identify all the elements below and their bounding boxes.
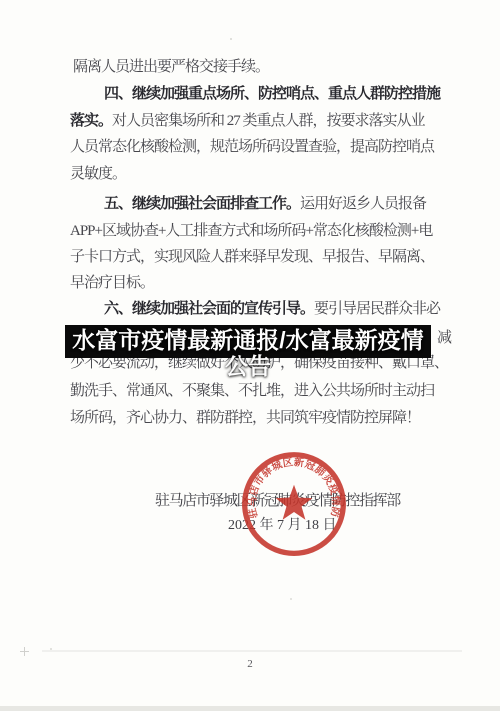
doc-line-3: 落实。对人员密集场所和 27 类重点人群，按要求落实从业 bbox=[70, 112, 425, 131]
document-text: 早治疗目标。 bbox=[70, 275, 154, 291]
doc-line-7: APP+区域协查+人工排查方式和场所码+常态化核酸检测+电 bbox=[70, 222, 432, 241]
doc-line-2: 四、继续加强重点场所、防控哨点、重点人群防控措施 bbox=[104, 85, 440, 104]
document-text: 灵敏度。 bbox=[70, 166, 126, 182]
document-text: 子卡口方式，实现风险人群来驿早发现、早报告、早隔离、 bbox=[70, 249, 434, 265]
doc-line-10: 六、继续加强社会面的宣传引导。要引导居民群众非必 bbox=[104, 300, 440, 319]
document-text: 运用好返乡人员报备 bbox=[300, 196, 426, 212]
document-text: 隔离人员进出要严格交接手续。 bbox=[73, 59, 269, 75]
doc-line-13: 勤洗手、常通风、不聚集、不扎堆，进入公共场所时主动扫 bbox=[70, 382, 434, 401]
doc-line-9: 早治疗目标。 bbox=[70, 274, 154, 293]
doc-line-4: 人员常态化核酸检测，规范场所码设置查验，提高防控哨点 bbox=[70, 138, 434, 157]
document-text: 场所码，齐心协力、群防群控，共同筑牢疫情防控屏障！ bbox=[70, 410, 420, 426]
document-text: APP+区域协查+人工排查方式和场所码+常态化核酸检测+电 bbox=[70, 223, 432, 239]
seal-star-icon bbox=[276, 485, 313, 520]
scan-artifact-streak bbox=[42, 650, 462, 652]
doc-line-8: 子卡口方式，实现风险人群来驿早发现、早报告、早隔离、 bbox=[70, 248, 434, 267]
banner-title-line2: 公告 bbox=[65, 353, 431, 379]
doc-line-6: 五、继续加强社会面排查工作。运用好返乡人员报备 bbox=[104, 195, 426, 214]
official-seal: 驻马店市驿城区新冠肺炎疫情防控指挥部 bbox=[236, 448, 352, 564]
scan-artifact-plus bbox=[20, 647, 29, 656]
banner-title: 水富市疫情最新通报/水富最新疫情 公告 bbox=[65, 325, 431, 379]
overlay-title-banner: 水富市疫情最新通报/水富最新疫情 公告 bbox=[65, 325, 431, 379]
banner-title-line1: 水富市疫情最新通报/水富最新疫情 bbox=[65, 327, 431, 353]
document-text-bold: 六、继续加强社会面的宣传引导。 bbox=[104, 301, 314, 317]
scan-artifact-specks bbox=[230, 38, 232, 40]
page-number: 2 bbox=[244, 658, 256, 670]
document-text-bold: 四、继续加强重点场所、防控哨点、重点人群防控措施 bbox=[104, 86, 440, 102]
document-text: 人员常态化核酸检测，规范场所码设置查验，提高防控哨点 bbox=[70, 139, 434, 155]
scan-edge-shadow bbox=[0, 706, 500, 711]
document-text: 对人员密集场所和 27 类重点人群，按要求落实从业 bbox=[112, 113, 425, 129]
document-text: 要引导居民群众非必 bbox=[314, 301, 440, 317]
scanned-document-page: 隔离人员进出要严格交接手续。四、继续加强重点场所、防控哨点、重点人群防控措施落实… bbox=[0, 0, 500, 711]
doc-line-11-fragment: 减 bbox=[437, 329, 451, 348]
document-text-bold: 落实。 bbox=[70, 113, 112, 129]
doc-line-1: 隔离人员进出要严格交接手续。 bbox=[73, 58, 269, 77]
document-text: 减 bbox=[437, 330, 451, 346]
doc-line-5: 灵敏度。 bbox=[70, 165, 126, 184]
document-text: 勤洗手、常通风、不聚集、不扎堆，进入公共场所时主动扫 bbox=[70, 383, 434, 399]
document-text-bold: 五、继续加强社会面排查工作。 bbox=[104, 196, 300, 212]
doc-line-14: 场所码，齐心协力、群防群控，共同筑牢疫情防控屏障！ bbox=[70, 409, 420, 428]
